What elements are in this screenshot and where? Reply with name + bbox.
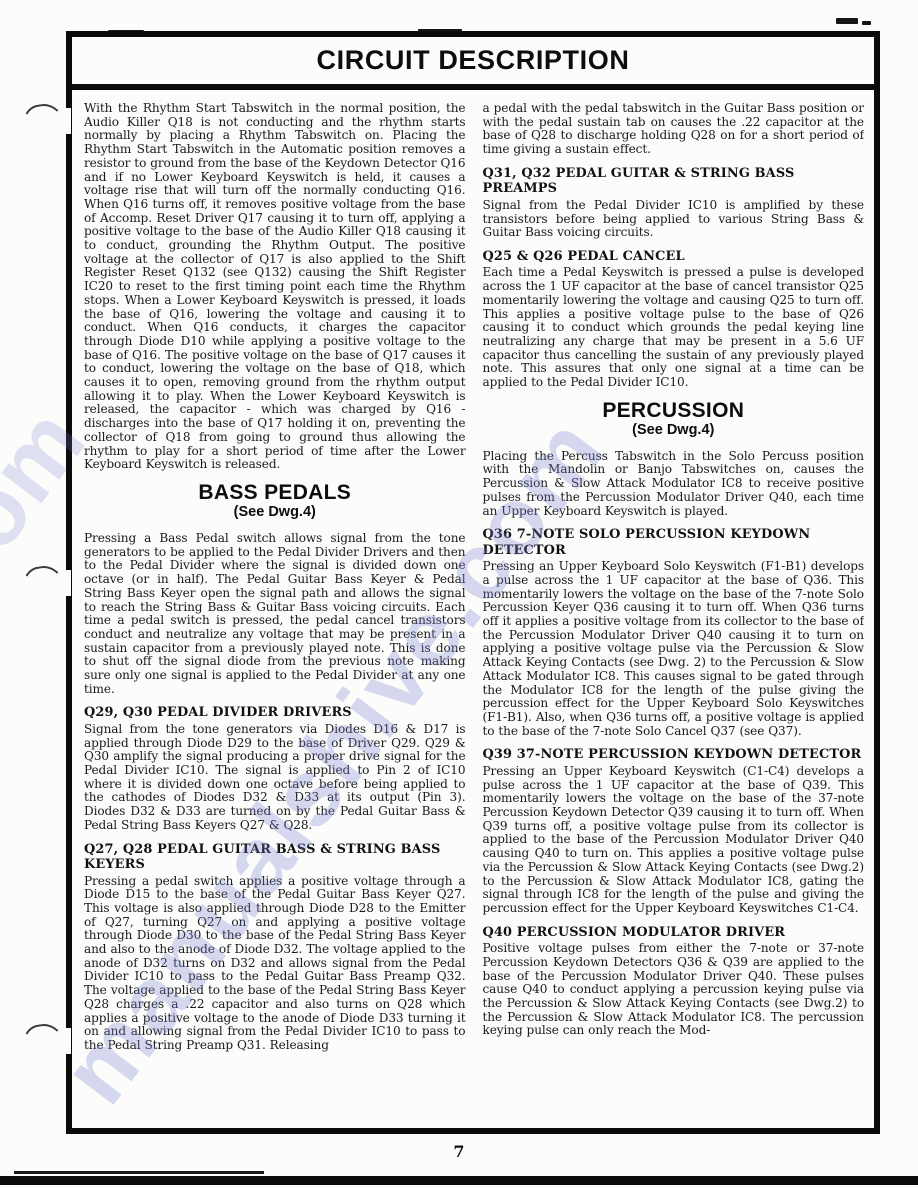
heading-q27-q28: Q27, Q28 PEDAL GUITAR BASS & STRING BASS… <box>84 842 466 873</box>
left-column: With the Rhythm Start Tabswitch in the n… <box>84 102 466 1128</box>
scan-artifact <box>14 1171 264 1174</box>
scanned-manual-page: CIRCUIT DESCRIPTION With the Rhythm Star… <box>0 0 918 1188</box>
paragraph-rhythm-start: With the Rhythm Start Tabswitch in the n… <box>84 102 466 472</box>
bottom-scan-bar <box>0 1176 918 1185</box>
scan-artifact <box>862 21 871 25</box>
section-heading-percussion: PERCUSSION (See Dwg.4) <box>483 399 865 439</box>
hole-punch-mark <box>20 98 66 132</box>
paragraph-percussion: Placing the Percuss Tabswitch in the Sol… <box>483 450 865 519</box>
hole-punch-mark <box>20 1018 66 1052</box>
paragraph-q27-q28: Pressing a pedal switch applies a positi… <box>84 875 466 1053</box>
section-title: PERCUSSION <box>483 399 865 422</box>
heading-q36: Q36 7-NOTE SOLO PERCUSSION KEYDOWN DETEC… <box>483 527 865 558</box>
scan-artifact <box>836 18 858 24</box>
paragraph-q39: Pressing an Upper Keyboard Keyswitch (C1… <box>483 765 865 916</box>
paragraph-q25-q26: Each time a Pedal Keyswitch is pressed a… <box>483 266 865 389</box>
paragraph-q40: Positive voltage pulses from either the … <box>483 942 865 1038</box>
hole-punch-mark <box>20 560 66 594</box>
content-box: With the Rhythm Start Tabswitch in the n… <box>66 90 880 1134</box>
heading-q25-q26: Q25 & Q26 PEDAL CANCEL <box>483 249 865 265</box>
heading-q29-q30: Q29, Q30 PEDAL DIVIDER DRIVERS <box>84 705 466 721</box>
page-number: 7 <box>0 1142 918 1161</box>
paragraph-q36: Pressing an Upper Keyboard Solo Keyswitc… <box>483 560 865 738</box>
section-heading-bass-pedals: BASS PEDALS (See Dwg.4) <box>84 481 466 521</box>
right-column: a pedal with the pedal tabswitch in the … <box>483 102 865 1128</box>
title-box: CIRCUIT DESCRIPTION <box>66 31 880 90</box>
heading-q39: Q39 37-NOTE PERCUSSION KEYDOWN DETECTOR <box>483 747 865 763</box>
paragraph-q31-q32: Signal from the Pedal Divider IC10 is am… <box>483 199 865 240</box>
section-title: BASS PEDALS <box>84 481 466 504</box>
section-subtitle: (See Dwg.4) <box>483 422 865 439</box>
paragraph-continuation: a pedal with the pedal tabswitch in the … <box>483 102 865 157</box>
heading-q40: Q40 PERCUSSION MODULATOR DRIVER <box>483 925 865 941</box>
paragraph-bass-pedals: Pressing a Bass Pedal switch allows sign… <box>84 532 466 696</box>
heading-q31-q32: Q31, Q32 PEDAL GUITAR & STRING BASS PREA… <box>483 166 865 197</box>
section-subtitle: (See Dwg.4) <box>84 504 466 521</box>
page-title: CIRCUIT DESCRIPTION <box>317 45 630 76</box>
paragraph-q29-q30: Signal from the tone generators via Diod… <box>84 723 466 833</box>
